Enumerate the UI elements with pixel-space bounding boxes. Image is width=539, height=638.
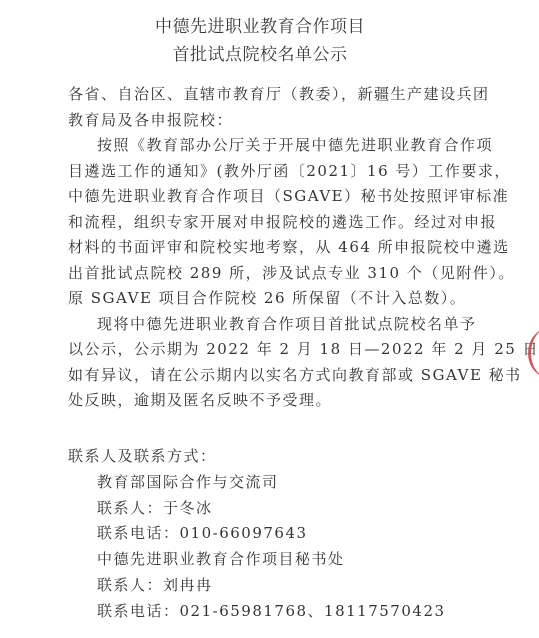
document-title-line-2: 首批试点院校名单公示 — [0, 45, 520, 65]
official-seal-stamp-icon — [528, 328, 539, 378]
contact-person-sgave: 联系人：刘冉冉 — [68, 573, 446, 599]
paragraph-1-line: 目遴选工作的通知》(教外厅函〔2021〕16 号）工作要求， — [68, 159, 460, 185]
document-body: 各省、自治区、直辖市教育厅（教委），新疆生产建设兵团 教育局及各申报院校： 按照… — [68, 82, 460, 414]
paragraph-1-line: 原 SGAVE 项目合作院校 26 所保留（不计入总数）。 — [68, 286, 460, 312]
paragraph-2-line: 处反映，逾期及匿名反映不予受理。 — [68, 388, 460, 414]
salutation-line: 各省、自治区、直辖市教育厅（教委），新疆生产建设兵团 — [68, 82, 460, 108]
contact-org-sgave: 中德先进职业教育合作项目秘书处 — [68, 547, 446, 573]
contact-person-moe: 联系人：于冬冰 — [68, 496, 446, 522]
paragraph-1-line: 材料的书面评审和院校实地考察，从 464 所申报院校中遴选 — [68, 235, 460, 261]
document-title-line-1: 中德先进职业教育合作项目 — [0, 17, 520, 37]
contact-phone-sgave: 联系电话：021-65981768、18117570423 — [68, 599, 446, 625]
contact-heading: 联系人及联系方式： — [68, 444, 446, 470]
paragraph-2-line: 现将中德先进职业教育合作项目首批试点院校名单予 — [68, 312, 460, 338]
paragraph-1-line: 和流程，组织专家开展对申报院校的遴选工作。经过对申报 — [68, 210, 460, 236]
paragraph-2-line: 以公示，公示期为 2022 年 2 月 18 日—2022 年 2 月 25 日… — [68, 337, 460, 363]
paragraph-1-line: 出首批试点院校 289 所，涉及试点专业 310 个（见附件）。 — [68, 261, 460, 287]
paragraph-2-line: 如有异议，请在公示期内以实名方式向教育部或 SGAVE 秘书 — [68, 363, 460, 389]
contact-phone-moe: 联系电话：010-66097643 — [68, 521, 446, 547]
salutation-line: 教育局及各申报院校： — [68, 108, 460, 134]
contact-org-moe: 教育部国际合作与交流司 — [68, 470, 446, 496]
contact-section: 联系人及联系方式： 教育部国际合作与交流司 联系人：于冬冰 联系电话：010-6… — [68, 444, 446, 625]
paragraph-1-line: 按照《教育部办公厅关于开展中德先进职业教育合作项 — [68, 133, 460, 159]
paragraph-1-line: 中德先进职业教育合作项目（SGAVE）秘书处按照评审标准 — [68, 184, 460, 210]
